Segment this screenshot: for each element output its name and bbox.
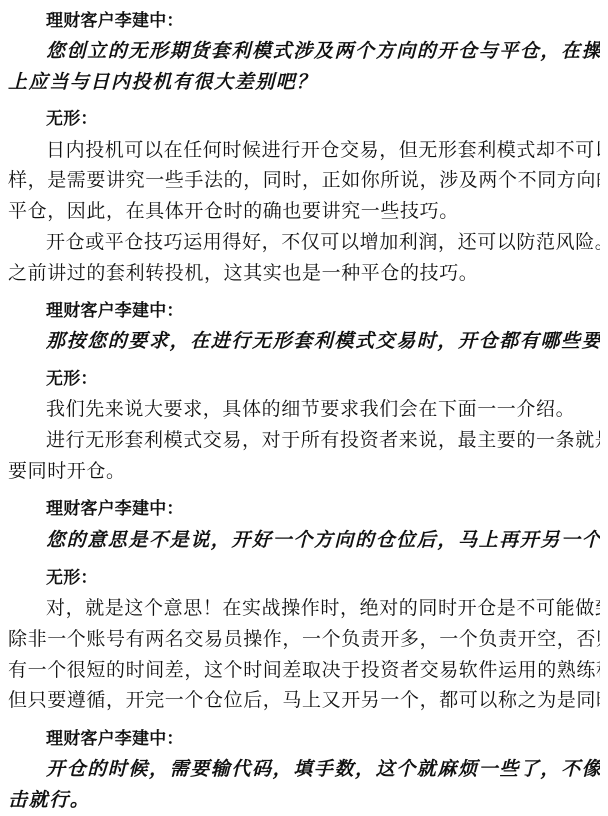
author-answer-line: 之前讲过的套利转投机，这其实也是一种平仓的技巧。 — [8, 261, 600, 285]
author-answer-line: 对，就是这个意思！在实战操作时，绝对的同时开仓是不可能做到的， — [46, 596, 600, 620]
speaker-label-client: 理财客户李建中： — [46, 727, 600, 751]
client-question-line: 那按您的要求，在进行无形套利模式交易时，开仓都有哪些要求呢？ — [46, 329, 600, 353]
speaker-label-client: 理财客户李建中： — [46, 299, 600, 323]
author-answer-line: 开仓或平仓技巧运用得好，不仅可以增加利润，还可以防范风险。比如 — [46, 230, 600, 254]
author-answer-line: 除非一个账号有两名交易员操作，一个负责开多，一个负责开空，否则，都会 — [8, 627, 600, 651]
author-answer-line: 但只要遵循，开完一个仓位后，马上又开另一个，都可以称之为是同时开仓。 — [8, 688, 600, 712]
client-question-line: 上应当与日内投机有很大差别吧？ — [8, 70, 600, 94]
client-question-line: 开仓的时候，需要输代码，填手数，这个就麻烦一些了，不像平仓直接双 — [46, 757, 600, 781]
speaker-label-author: 无形： — [46, 566, 600, 590]
client-question-line: 您创立的无形期货套利模式涉及两个方向的开仓与平仓，在操作细节 — [46, 39, 600, 63]
speaker-label-client: 理财客户李建中： — [46, 9, 600, 33]
client-question-line: 击就行。 — [8, 788, 600, 812]
speaker-label-client: 理财客户李建中： — [46, 497, 600, 521]
speaker-label-author: 无形： — [46, 367, 600, 391]
client-question-line: 您的意思是不是说，开好一个方向的仓位后，马上再开另一个仓位？ — [46, 528, 600, 552]
author-answer-line: 有一个很短的时间差，这个时间差取决于投资者交易软件运用的熟练程度。 — [8, 658, 600, 682]
author-answer-line: 平仓，因此，在具体开仓时的确也要讲究一些技巧。 — [8, 199, 600, 223]
speaker-label-author: 无形： — [46, 107, 600, 131]
author-answer-line: 样，是需要讲究一些手法的，同时，正如你所说，涉及两个不同方向的开仓与 — [8, 168, 600, 192]
author-answer-line: 日内投机可以在任何时候进行开仓交易，但无形套利模式却不可以这 — [46, 138, 600, 162]
document-page: 理财客户李建中： 您创立的无形期货套利模式涉及两个方向的开仓与平仓，在操作细节 … — [0, 0, 608, 816]
author-answer-line: 我们先来说大要求，具体的细节要求我们会在下面一一介绍。 — [46, 397, 600, 421]
author-answer-line: 要同时开仓。 — [8, 459, 600, 483]
author-answer-line: 进行无形套利模式交易，对于所有投资者来说，最主要的一条就是一定 — [46, 428, 600, 452]
